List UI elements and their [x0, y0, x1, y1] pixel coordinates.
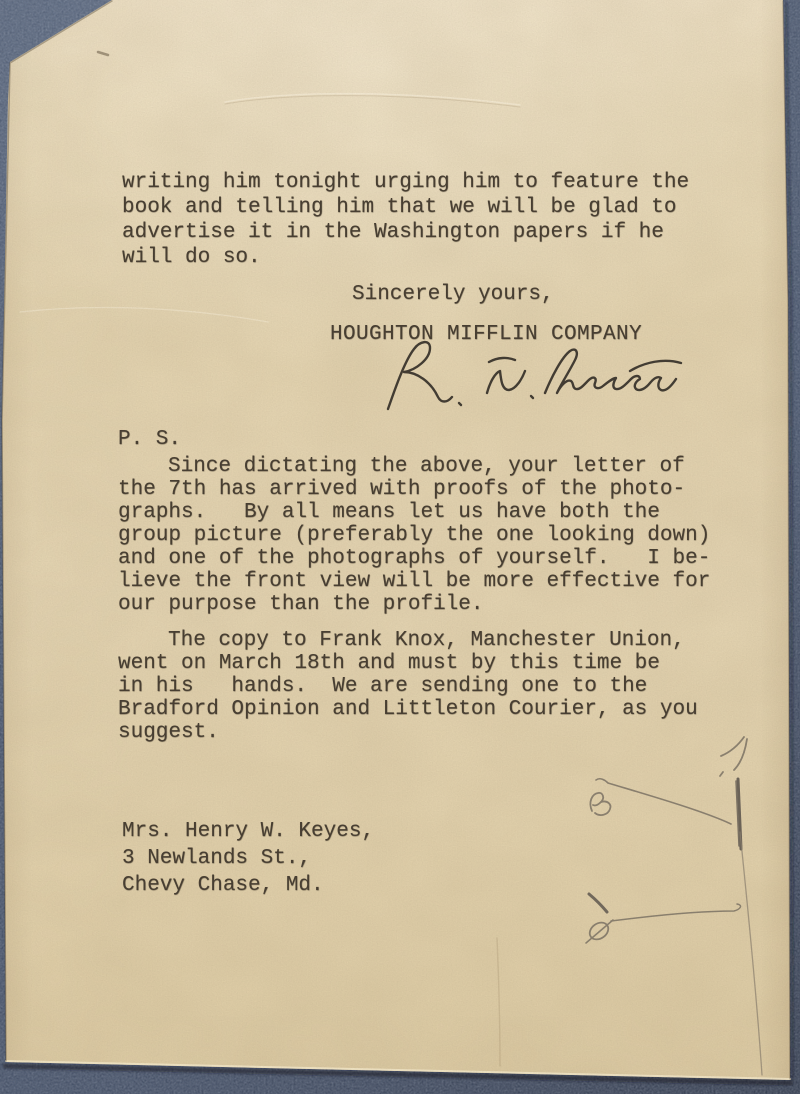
scanned-letter-photo: writing him tonight urging him to featur…: [0, 0, 800, 1094]
photo-grain: [0, 0, 800, 1094]
